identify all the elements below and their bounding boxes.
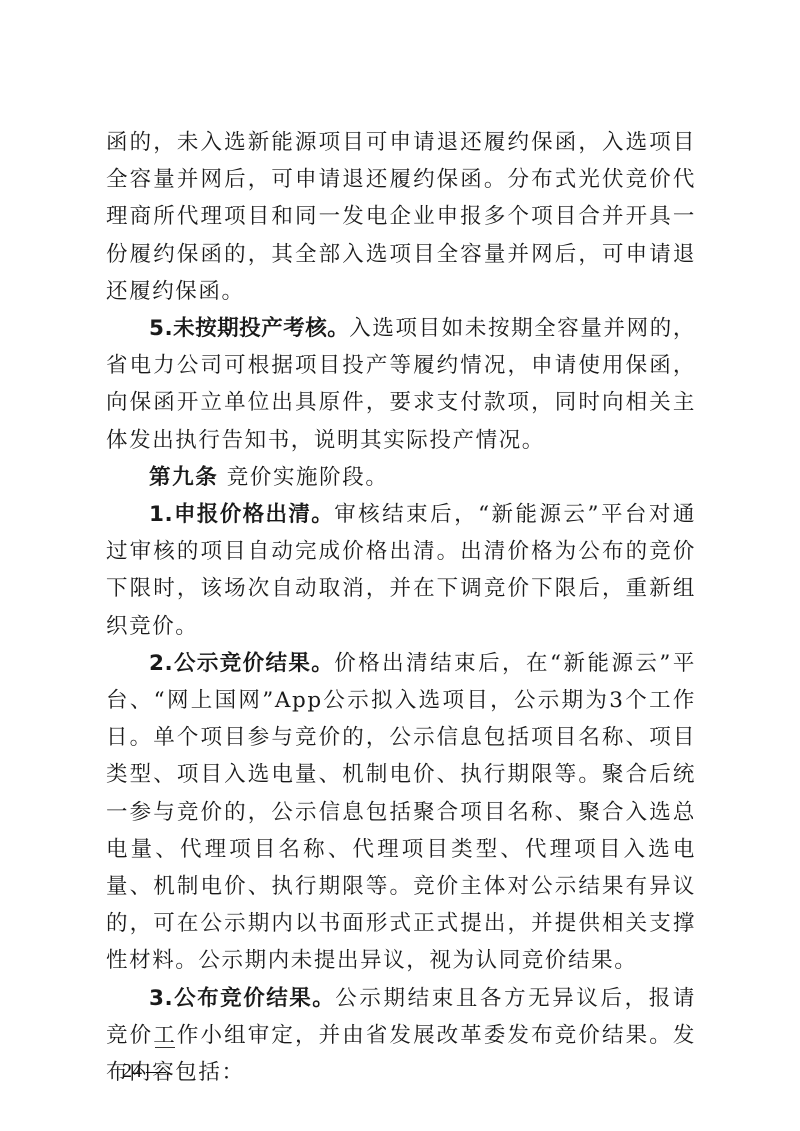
article-title: 竞价实施阶段。 <box>218 465 388 490</box>
item-heading: 3.公布竞价结果。 <box>149 986 335 1011</box>
item-heading: 2.公示竞价结果。 <box>149 651 334 676</box>
page-number-value: 24 <box>122 1060 142 1082</box>
paragraph-item-5: 5.未按期投产考核。入选项目如未按期全容量并网的，省电力公司可根据项目投产等履约… <box>106 310 696 459</box>
paragraph-text: 价格出清结束后，在“新能源云”平台、“网上国网”App公示拟入选项目，公示期为3… <box>106 651 696 974</box>
paragraph-item-1: 1.申报价格出清。审核结束后，“新能源云”平台对通过审核的项目自动完成价格出清。… <box>106 496 696 645</box>
page-number: 24— <box>122 1060 166 1083</box>
paragraph-continuation: 函的，未入选新能源项目可申请退还履约保函，入选项目全容量并网后，可申请退还履约保… <box>106 124 696 310</box>
paragraph-item-2: 2.公示竞价结果。价格出清结束后，在“新能源云”平台、“网上国网”App公示拟入… <box>106 645 696 980</box>
document-body: 函的，未入选新能源项目可申请退还履约保函，入选项目全容量并网后，可申请退还履约保… <box>106 124 696 1091</box>
footer-rule <box>155 1047 175 1048</box>
article-nine-heading: 第九条 竞价实施阶段。 <box>106 459 696 496</box>
article-label: 第九条 <box>149 465 218 490</box>
item-heading: 1.申报价格出清。 <box>149 502 334 527</box>
paragraph-text: 函的，未入选新能源项目可申请退还履约保函，入选项目全容量并网后，可申请退还履约保… <box>106 130 696 304</box>
item-heading: 5.未按期投产考核。 <box>149 316 349 341</box>
page-number-dash: — <box>146 1060 166 1082</box>
paragraph-item-3: 3.公布竞价结果。公示期结束且各方无异议后，报请竞价工作小组审定，并由省发展改革… <box>106 980 696 1092</box>
